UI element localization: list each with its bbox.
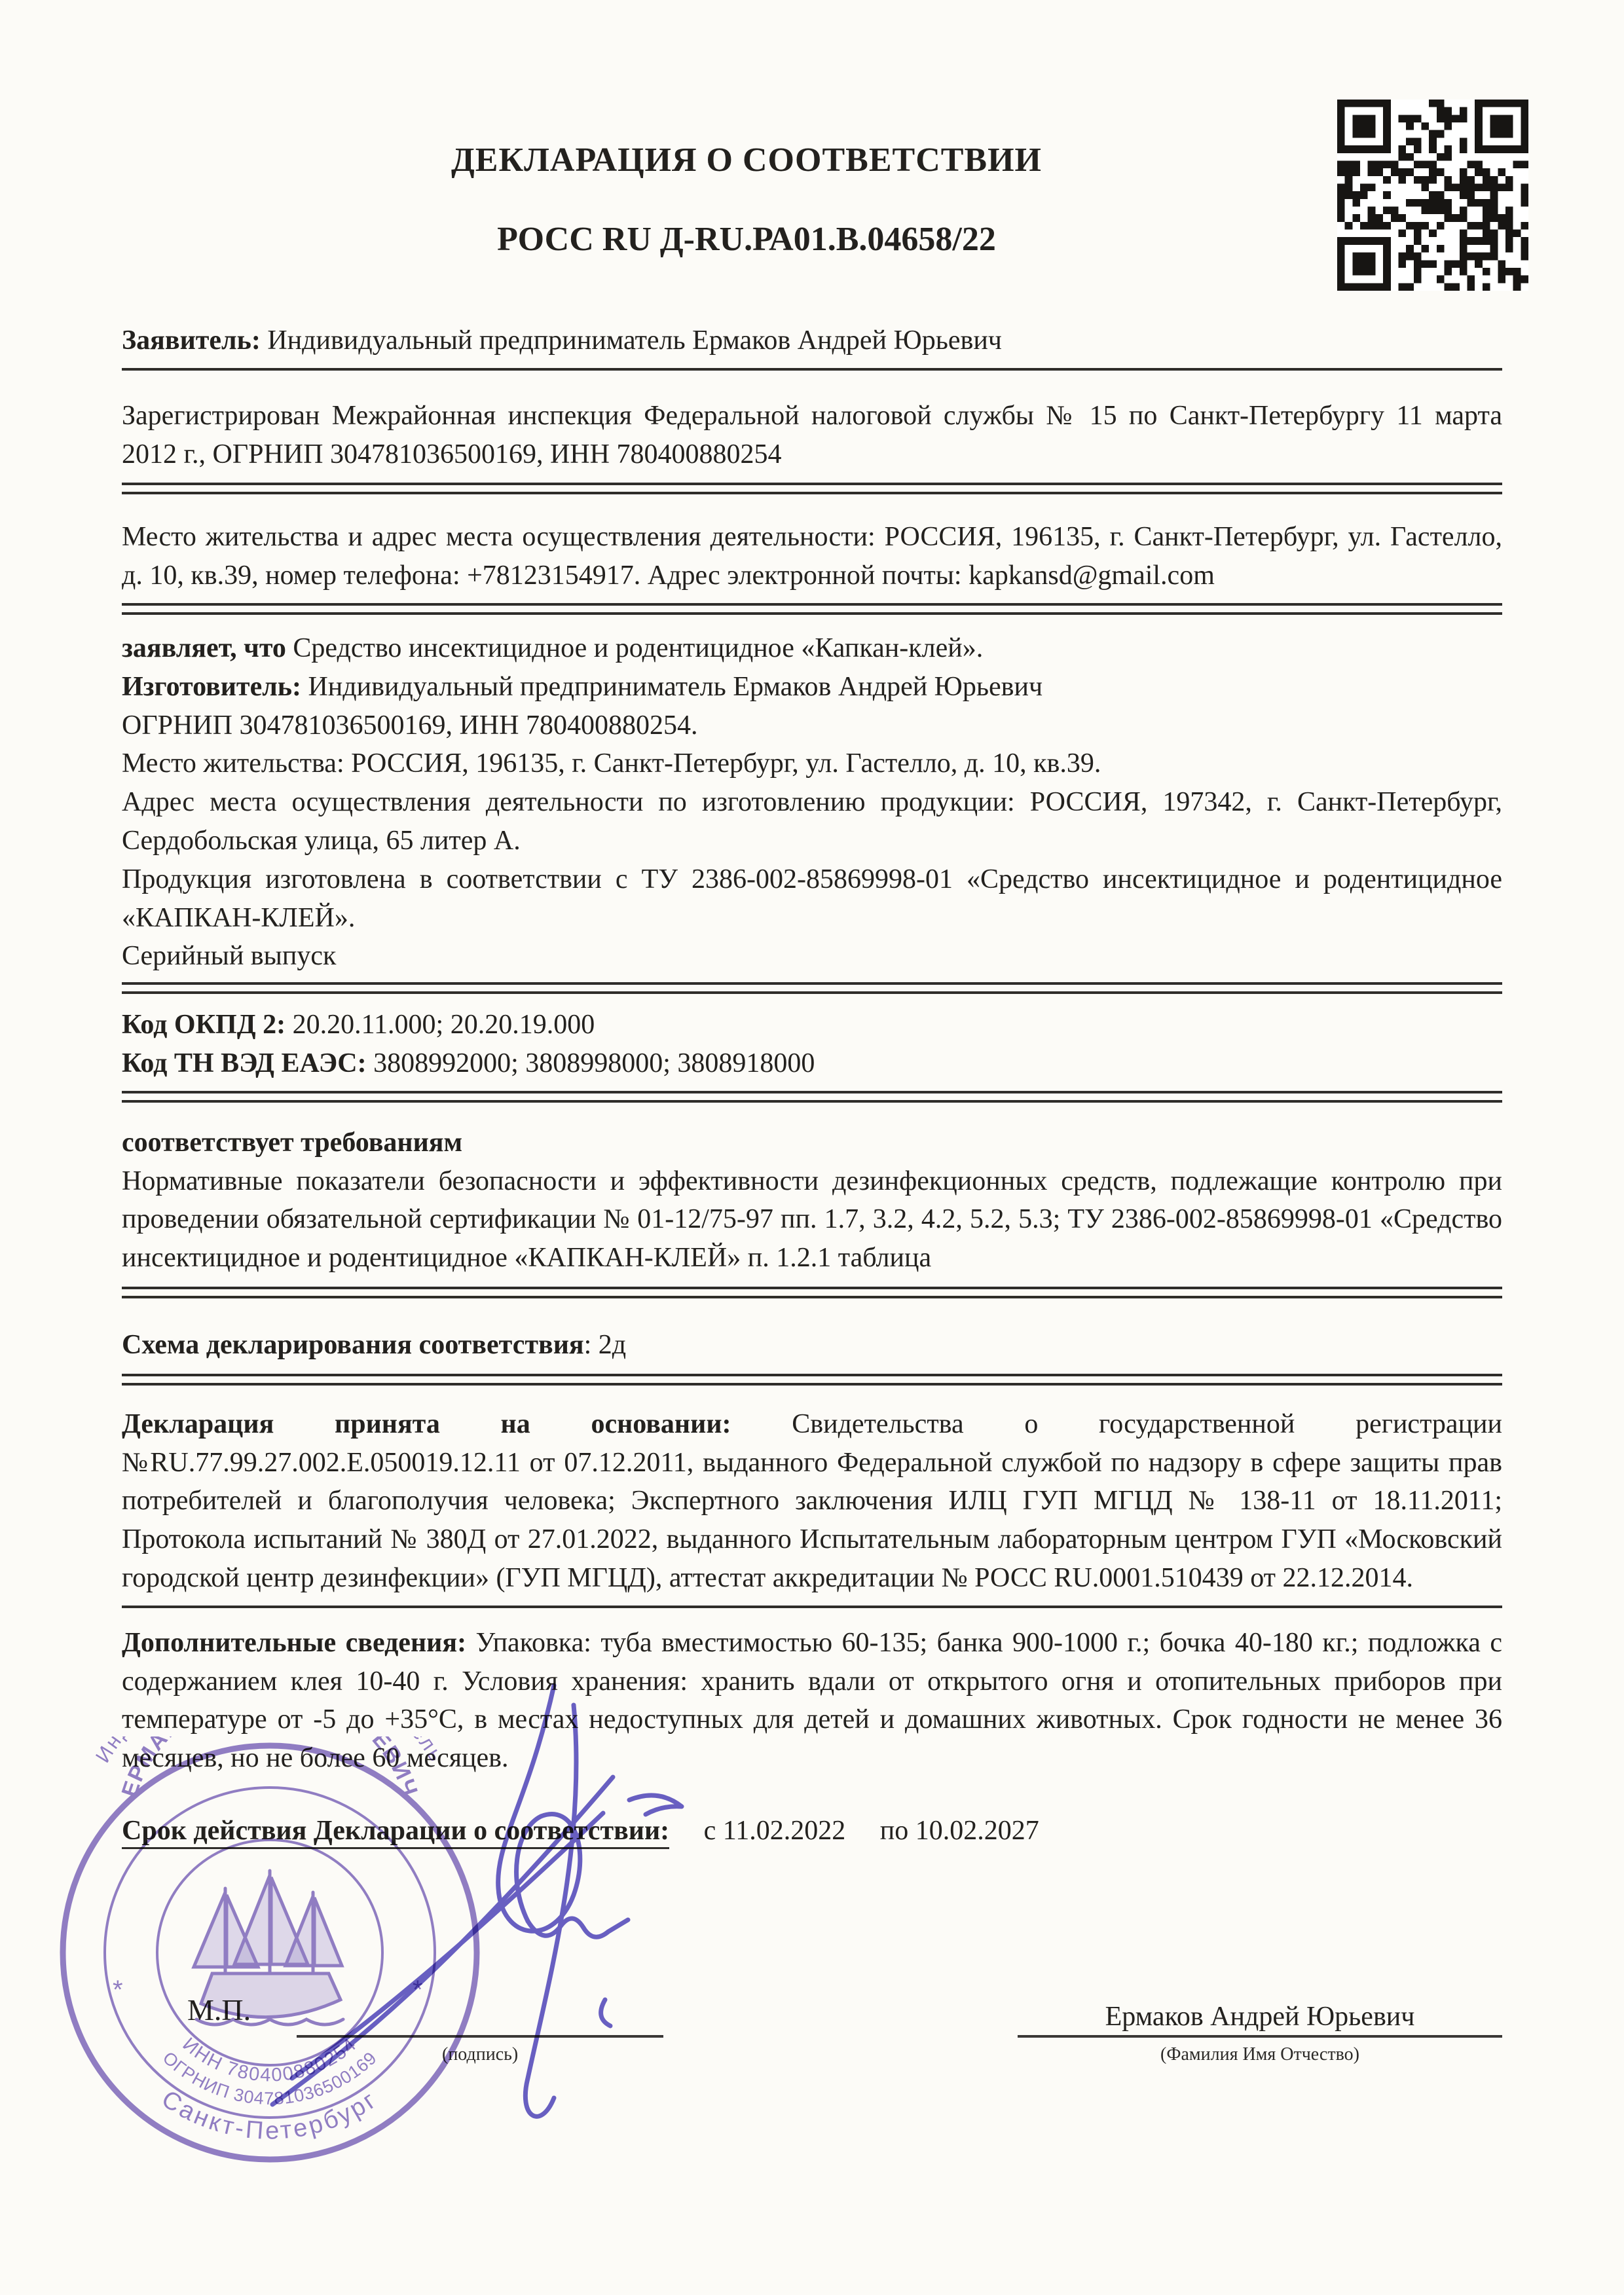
name-line [1018,2035,1502,2038]
handwritten-signature [246,1646,705,2170]
separator-line [122,368,1502,371]
document-title: ДЕКЛАРАЦИЯ О СООТВЕТСТВИИ [161,141,1332,179]
requirements-block: соответствует требованиям Нормативные по… [122,1124,1502,1277]
production-address-paragraph: Адрес места осуществления деятельности п… [122,783,1502,860]
signature-block: М.П. (подпись) Ермаков Андрей Юрьевич (Ф… [122,1908,1502,2065]
separator-line [122,1606,1502,1608]
document-body: ДЕКЛАРАЦИЯ О СООТВЕТСТВИИ РОСС RU Д-RU.Р… [0,141,1624,2065]
basis-label: Декларация принята на основании: [122,1409,731,1439]
applicant-line: Заявитель: Индивидуальный предпринимател… [122,321,1502,360]
basis-paragraph: Декларация принята на основании: Свидете… [122,1405,1502,1598]
separator-line [122,603,1502,615]
registration-paragraph: Зарегистрирован Межрайонная инспекция Фе… [122,397,1502,474]
applicant-label: Заявитель: [122,325,261,356]
tnved-label: Код ТН ВЭД ЕАЭС: [122,1048,367,1078]
complies-heading: соответствует требованиям [122,1124,1502,1162]
validity-to: по 10.02.2027 [880,1816,1039,1846]
declares-label: заявляет, что [122,633,286,663]
scanned-declaration-page: ДЕКЛАРАЦИЯ О СООТВЕТСТВИИ РОСС RU Д-RU.Р… [0,0,1624,2295]
declares-block: заявляет, что Средство инсектицидное и р… [122,629,1502,976]
separator-line [122,1287,1502,1298]
separator-line [122,982,1502,994]
production-tu-paragraph: Продукция изготовлена в соответствии с Т… [122,860,1502,938]
signatory-name: Ермаков Андрей Юрьевич [1018,2001,1502,2032]
tnved-value: 3808992000; 3808998000; 3808918000 [367,1048,815,1078]
separator-line [122,1374,1502,1386]
stamp-star-left: * [113,1975,123,2004]
ogrnip-line: ОГРНИП 304781036500169, ИНН 780400880254… [122,707,1502,745]
manufacturer-line: Изготовитель: Индивидуальный предпринима… [122,668,1502,707]
complies-paragraph: Нормативные показатели безопасности и эф… [122,1162,1502,1277]
okpd-value: 20.20.11.000; 20.20.19.000 [286,1010,595,1040]
address-paragraph: Место жительства и адрес места осуществл… [122,518,1502,595]
separator-line [122,483,1502,494]
codes-block: Код ОКПД 2: 20.20.11.000; 20.20.19.000 К… [122,1006,1502,1083]
declares-value: Средство инсектицидное и родентицидное «… [286,633,983,663]
validity-from: с 11.02.2022 [704,1816,846,1846]
declaration-number: РОСС RU Д-RU.РА01.В.04658/22 [161,220,1332,259]
name-field: Ермаков Андрей Юрьевич (Фамилия Имя Отче… [1018,2001,1502,2065]
residence-line: Место жительства: РОССИЯ, 196135, г. Сан… [122,744,1502,783]
scheme-value: : 2д [584,1330,627,1360]
scheme-label: Схема декларирования соответствия [122,1330,584,1360]
manufacturer-label: Изготовитель: [122,672,301,702]
name-caption: (Фамилия Имя Отчество) [1018,2044,1502,2065]
separator-line [122,1091,1502,1103]
document-header: ДЕКЛАРАЦИЯ О СООТВЕТСТВИИ РОСС RU Д-RU.Р… [161,141,1332,259]
declares-line: заявляет, что Средство инсектицидное и р… [122,629,1502,668]
serial-line: Серийный выпуск [122,937,1502,976]
okpd-line: Код ОКПД 2: 20.20.11.000; 20.20.19.000 [122,1006,1502,1044]
applicant-value: Индивидуальный предприниматель Ермаков А… [261,325,1002,356]
tnved-line: Код ТН ВЭД ЕАЭС: 3808992000; 3808998000;… [122,1044,1502,1083]
manufacturer-value: Индивидуальный предприниматель Ермаков А… [301,672,1043,702]
scheme-line: Схема декларирования соответствия: 2д [122,1326,1502,1365]
complies-heading-text: соответствует требованиям [122,1128,462,1158]
okpd-label: Код ОКПД 2: [122,1010,286,1040]
